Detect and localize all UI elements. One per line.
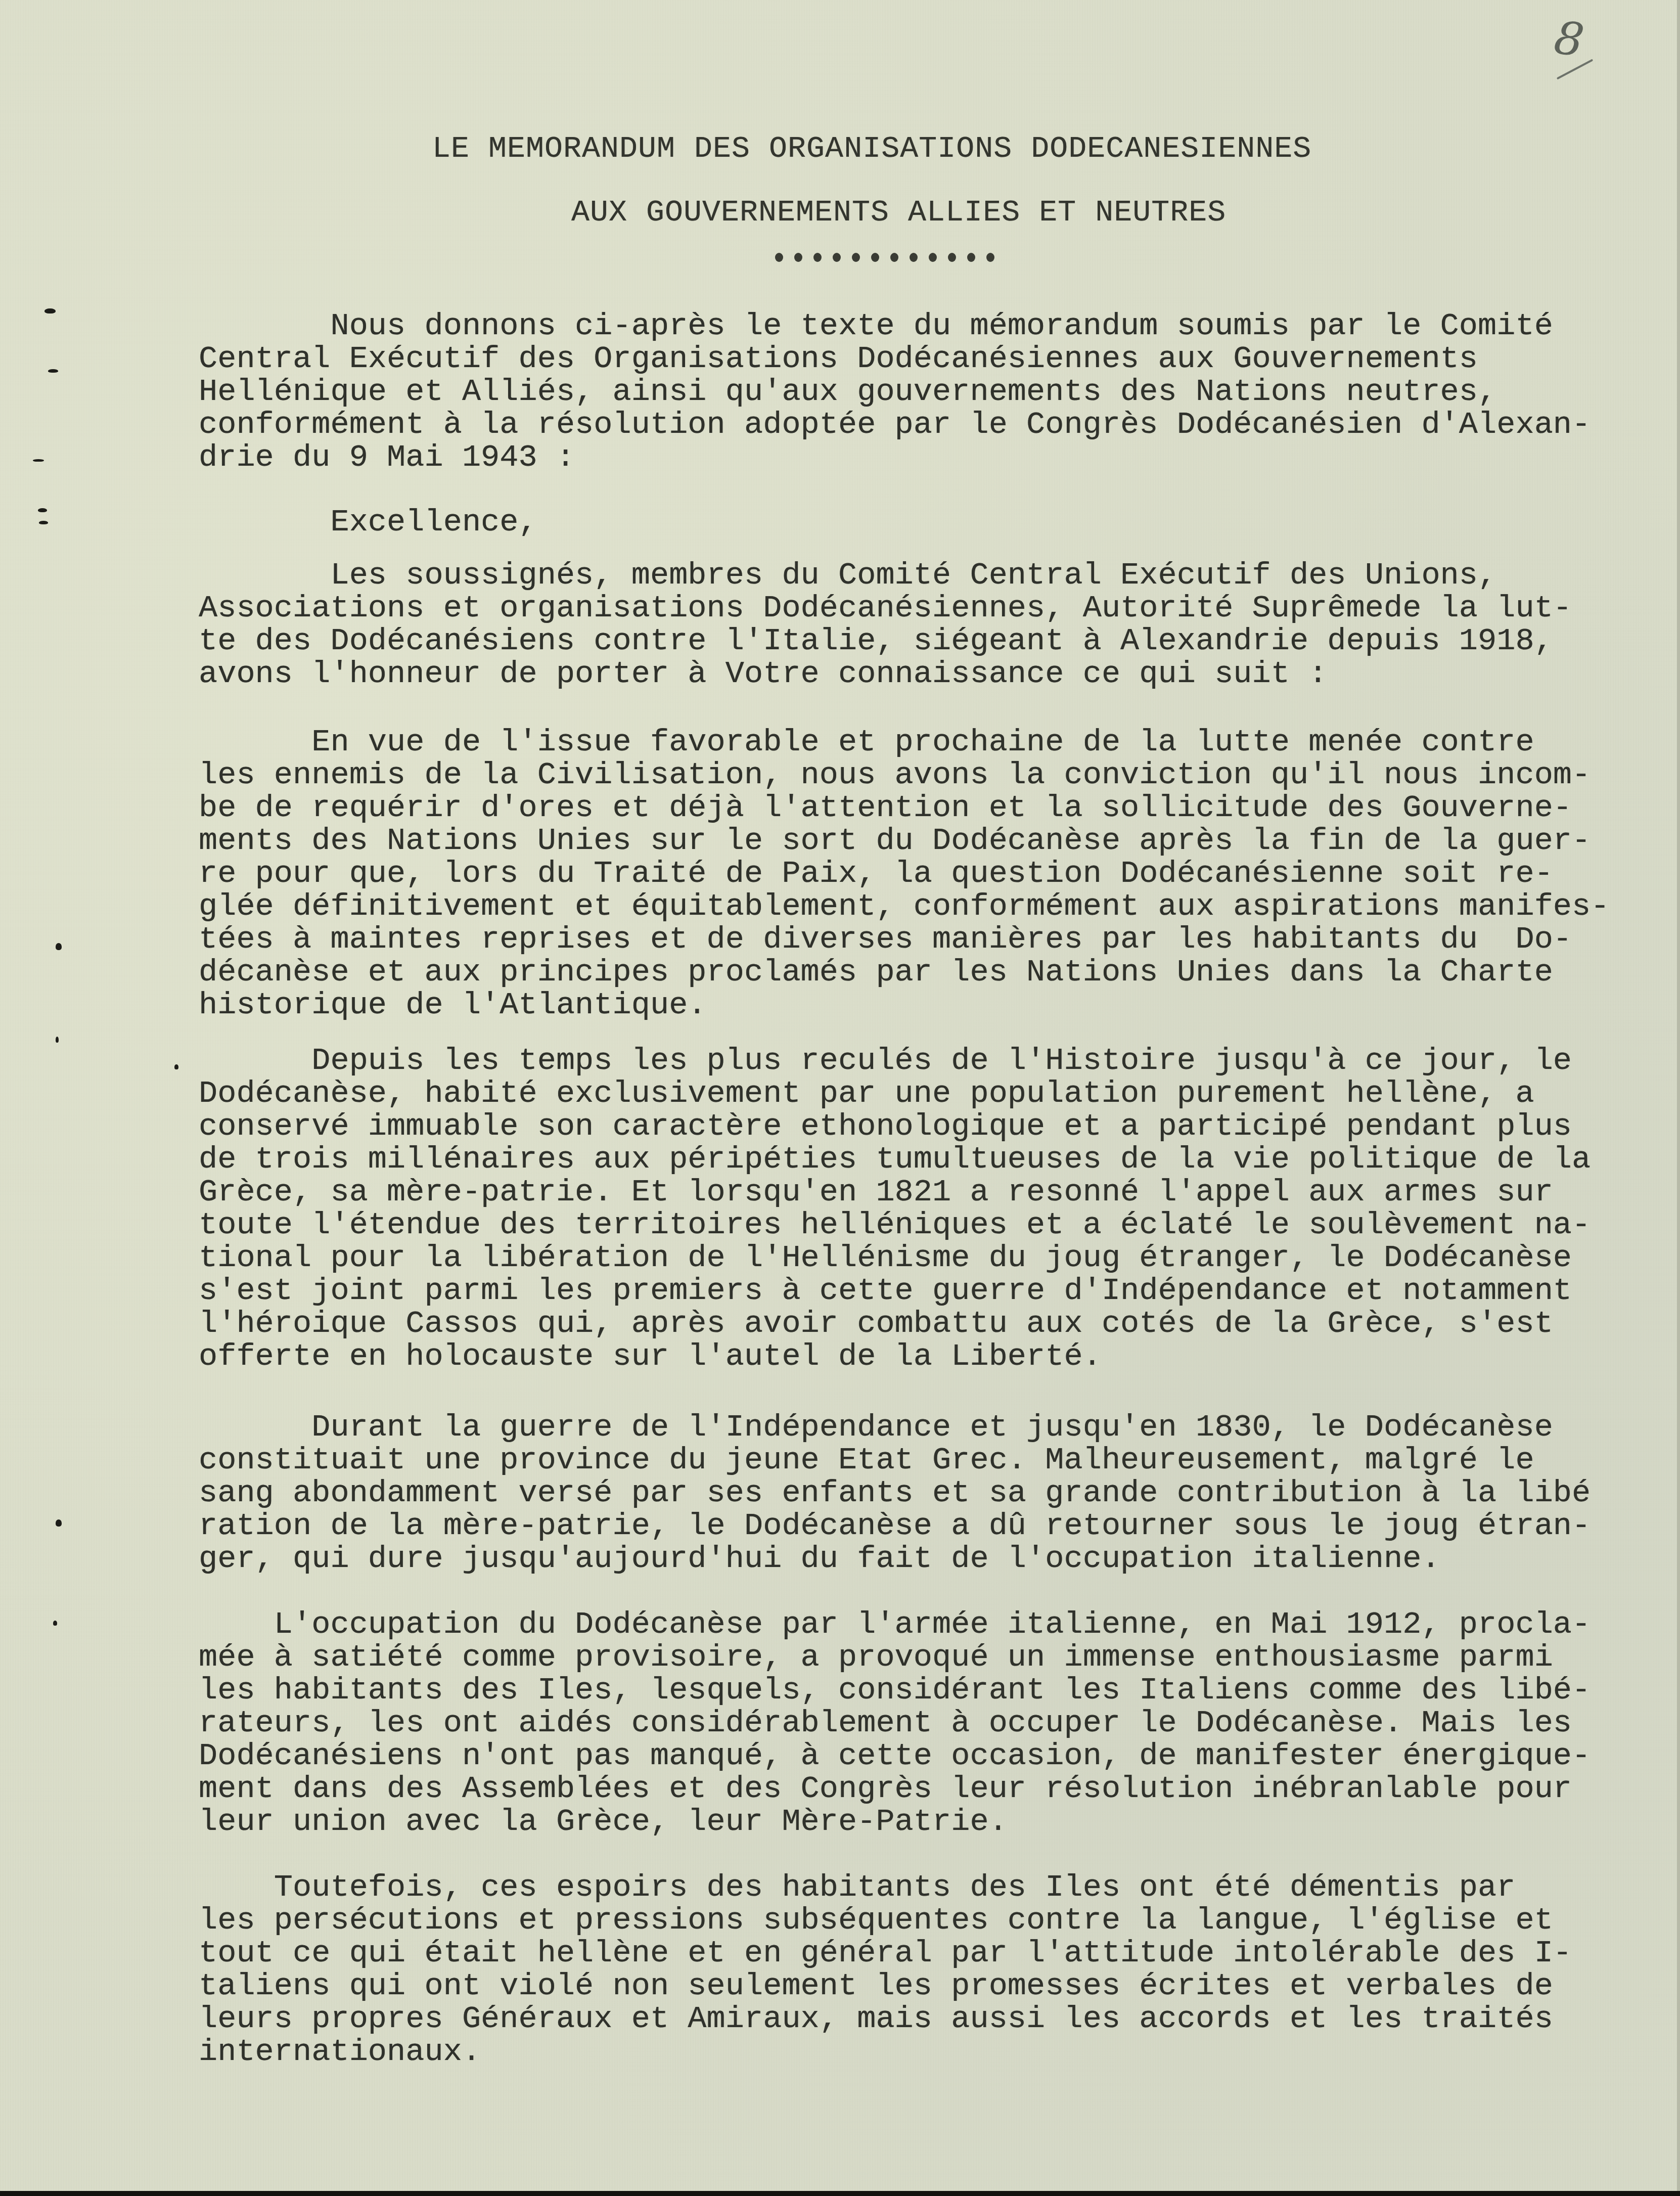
paragraph-p3-line: conservé immuable son caractère ethonolo… (199, 1110, 1572, 1143)
separator-dot (833, 253, 841, 262)
paragraph-intro-line: drie du 9 Mai 1943 : (199, 441, 575, 474)
paragraph-p2-line: glée définitivement et équitablement, co… (199, 890, 1609, 923)
punch-hole-mark (56, 943, 62, 950)
scan-right-edge (1677, 0, 1680, 2196)
paragraph-intro-line: conformément à la résolution adoptée par… (199, 408, 1591, 441)
paragraph-p5-line: ment dans des Assemblées et des Congrès … (199, 1772, 1572, 1806)
paragraph-p1-line: Les soussignés, membres du Comité Centra… (199, 559, 1496, 592)
paragraph-p4-line: sang abondamment versé par ses enfants e… (199, 1476, 1591, 1510)
punch-hole-mark (56, 1037, 59, 1043)
paragraph-p6-line: tout ce qui était hellène et en général … (199, 1937, 1572, 1970)
separator-dot (813, 253, 822, 262)
paragraph-p2-line: historique de l'Atlantique. (199, 989, 707, 1022)
separator-dot (967, 253, 975, 262)
paragraph-p5-line: rateurs, les ont aidés considérablement … (199, 1707, 1572, 1740)
punch-hole-mark (56, 1519, 62, 1527)
handwritten-page-number: 8 (1551, 11, 1587, 68)
paragraph-p3-line: offerte en holocauste sur l'autel de la … (199, 1340, 1102, 1373)
paragraph-p5-line: mée à satiété comme provisoire, a provoq… (199, 1641, 1553, 1674)
paragraph-p2-line: En vue de l'issue favorable et prochaine… (199, 726, 1534, 759)
paragraph-p3-line: de trois millénaires aux péripéties tumu… (199, 1143, 1591, 1176)
paragraph-intro-line: Central Exécutif des Organisations Dodéc… (199, 342, 1478, 376)
paragraph-p3-line: Grèce, sa mère-patrie. Et lorsqu'en 1821… (199, 1176, 1553, 1209)
title-line-2: AUX GOUVERNEMENTS ALLIES ET NEUTRES (571, 196, 1226, 230)
paragraph-p6-line: taliens qui ont violé non seulement les … (199, 1969, 1553, 2003)
separator-dot (929, 253, 937, 262)
separator-dot (775, 253, 783, 262)
paragraph-intro-line: Hellénique et Alliés, ainsi qu'aux gouve… (199, 375, 1496, 409)
paragraph-p5-line: Dodécanésiens n'ont pas manqué, à cette … (199, 1739, 1591, 1773)
punch-hole-mark (44, 308, 56, 313)
paragraph-p2-line: tées à maintes reprises et de diverses m… (199, 923, 1572, 956)
paragraph-p6-line: les persécutions et pressions subséquent… (199, 1904, 1553, 1937)
paragraph-p2-line: ments des Nations Unies sur le sort du D… (199, 824, 1591, 858)
separator-dot (910, 253, 918, 262)
separator-dot (794, 253, 802, 262)
punch-hole-mark (53, 1621, 57, 1626)
paragraph-p5-line: L'occupation du Dodécanèse par l'armée i… (199, 1608, 1591, 1641)
paragraph-p3-line: toute l'étendue des territoires helléniq… (199, 1208, 1591, 1242)
punch-hole-mark (174, 1064, 178, 1069)
paragraph-p6-line: Toutefois, ces espoirs des habitants des… (199, 1871, 1515, 1904)
paragraph-p1-line: te des Dodécanésiens contre l'Italie, si… (199, 624, 1553, 658)
separator-dot (948, 253, 956, 262)
paragraph-salutation-line: Excellence, (199, 506, 537, 539)
paragraph-p2-line: re pour que, lors du Traité de Paix, la … (199, 857, 1553, 890)
scan-bottom-edge (0, 2191, 1680, 2196)
paragraph-p6-line: leurs propres Généraux et Amiraux, mais … (199, 2002, 1553, 2036)
punch-hole-mark (39, 521, 48, 524)
title-separator (775, 253, 994, 262)
paragraph-intro-line: Nous donnons ci-après le texte du mémora… (199, 309, 1553, 343)
paragraph-p2-line: décanèse et aux principes proclamés par … (199, 956, 1553, 989)
paragraph-p2-line: be de requérir d'ores et déjà l'attentio… (199, 791, 1572, 825)
separator-dot (890, 253, 898, 262)
paragraph-p4-line: ration de la mère-patrie, le Dodécanèse … (199, 1509, 1591, 1543)
paragraph-p1-line: Associations et organisations Dodécanési… (199, 592, 1572, 625)
paragraph-p3-line: Dodécanèse, habité exclusivement par une… (199, 1077, 1534, 1110)
paragraph-p1-line: avons l'honneur de porter à Votre connai… (199, 657, 1327, 691)
punch-hole-mark (33, 459, 44, 462)
paragraph-p6-line: internationaux. (199, 2035, 481, 2069)
paragraph-p5-line: les habitants des Iles, lesquels, consid… (199, 1674, 1591, 1707)
paragraph-p3-line: s'est joint parmi les premiers à cette g… (199, 1274, 1572, 1308)
document-page: 8 LE MEMORANDUM DES ORGANISATIONS DODECA… (0, 0, 1680, 2196)
paragraph-p3-line: tional pour la libération de l'Hellénism… (199, 1241, 1572, 1275)
paragraph-p4-line: Durant la guerre de l'Indépendance et ju… (199, 1411, 1553, 1444)
separator-dot (871, 253, 879, 262)
separator-dot (852, 253, 860, 262)
paragraph-p4-line: ger, qui dure jusqu'aujourd'hui du fait … (199, 1542, 1440, 1576)
separator-dot (986, 253, 994, 262)
punch-hole-mark (48, 369, 58, 373)
paragraph-p3-line: l'héroique Cassos qui, après avoir comba… (199, 1307, 1553, 1340)
paragraph-p5-line: leur union avec la Grèce, leur Mère-Patr… (199, 1805, 1008, 1839)
paragraph-p2-line: les ennemis de la Civilisation, nous avo… (199, 758, 1591, 792)
title-line-1: LE MEMORANDUM DES ORGANISATIONS DODECANE… (432, 132, 1311, 166)
paragraph-p3-line: Depuis les temps les plus reculés de l'H… (199, 1044, 1572, 1078)
punch-hole-mark (38, 508, 47, 512)
paragraph-p4-line: constituait une province du jeune Etat G… (199, 1444, 1534, 1477)
